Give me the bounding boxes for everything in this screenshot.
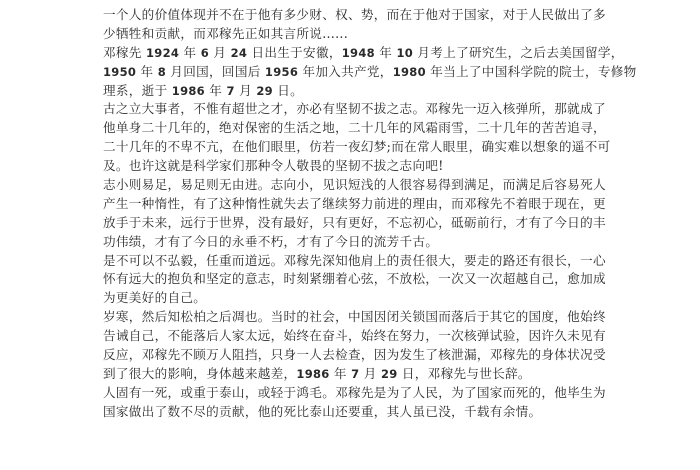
- number-text: 1986: [296, 367, 329, 381]
- paragraph-intro: 一个人的价值体现并不在于他有多少财、权、势，而在于他对于国家，对于人民做出了多 …: [103, 6, 595, 44]
- number-text: 1950: [103, 65, 136, 79]
- number-text: 7: [351, 367, 359, 381]
- text-line: 少牺牲和贡献，而邓稼先正如其言所说......: [103, 25, 595, 44]
- text-line: 到了很大的影响，身体越来越差，1986 年 7 月 29 日，邓稼先与世长辞。: [103, 365, 595, 384]
- text-line: 邓稼先 1924 年 6 月 24 日出生于安徽，1948 年 10 月考上了研…: [103, 44, 595, 63]
- document-page: 一个人的价值体现并不在于他有多少财、权、势，而在于他对于国家，对于人民做出了多 …: [103, 6, 595, 422]
- text-line: 一个人的价值体现并不在于他有多少财、权、势，而在于他对于国家，对于人民做出了多: [103, 6, 595, 25]
- text-line: 岁寒，然后知松柏之后凋也。当时的社会，中国因闭关锁国而落后于其它的国度，他始终: [103, 308, 595, 327]
- paragraph-biography: 邓稼先 1924 年 6 月 24 日出生于安徽，1948 年 10 月考上了研…: [103, 44, 595, 101]
- text-line: 1950 年 8 月回国，回国后 1956 年加入共产党，1980 年当上了中国…: [103, 63, 595, 82]
- text-line: 古之立大事者，不惟有超世之才，亦必有坚韧不拔之志。邓稼先一迈入核弹所，那就成了: [103, 100, 595, 119]
- text-line: 产生一种惰性，有了这种惰性就失去了继续努力前进的理由，而邓稼先不着眼于现在，更: [103, 195, 595, 214]
- number-text: 29: [256, 84, 273, 98]
- text-line: 二十几年的不卑不亢，在他们眼里，仿若一夜幻梦;而在常人眼里，确实难以想象的遥不可: [103, 138, 595, 157]
- number-text: 7: [227, 84, 235, 98]
- text-line: 放手于未来，远行于世界，没有最好，只有更好，不忘初心，砥砺前行，才有了今日的丰: [103, 214, 595, 233]
- text-line: 志小则易足，易足则无由进。志向小，见识短浅的人很容易得到满足，而满足后容易死人: [103, 176, 595, 195]
- number-text: 1980: [393, 65, 426, 79]
- text-line: 反应，邓稼先不顾万人阻挡，只身一人去检查，因为发生了核泄漏，邓稼先的身体状况受: [103, 346, 595, 365]
- paragraph-responsibility: 是不可以不弘毅，任重而道远。邓稼先深知他肩上的责任很大，要走的路还有很长，一心 …: [103, 252, 595, 309]
- text-line: 国家做出了数不尽的贡献，他的死比泰山还要重，其人虽已没，千载有余情。: [103, 403, 595, 422]
- paragraph-perseverance: 古之立大事者，不惟有超世之才，亦必有坚韧不拔之志。邓稼先一迈入核弹所，那就成了 …: [103, 100, 595, 176]
- text-line: 告诫自己，不能落后人家太远，始终在奋斗，始终在努力，一次核弹试验，因许久未见有: [103, 327, 595, 346]
- number-text: 1956: [265, 65, 298, 79]
- number-text: 1924: [146, 46, 179, 60]
- paragraph-ambition: 志小则易足，易足则无由进。志向小，见识短浅的人很容易得到满足，而满足后容易死人 …: [103, 176, 595, 252]
- text-line: 及。也许这就是科学家们那种令人敬畏的坚韧不拔之志向吧!: [103, 157, 595, 176]
- number-text: 24: [231, 46, 248, 60]
- text-line: 怀有远大的抱负和坚定的意志，时刻紧绷着心弦，不放松，一次又一次超越自己，愈加成: [103, 270, 595, 289]
- number-text: 10: [396, 46, 413, 60]
- number-text: 8: [158, 65, 166, 79]
- text-line: 功伟绩，才有了今日的永垂不朽，才有了今日的流芳千古。: [103, 233, 595, 252]
- text-line: 他单身二十几年的，绝对保密的生活之地，二十几年的风霜雨雪，二十几年的苦苦追寻，: [103, 119, 595, 138]
- number-text: 6: [201, 46, 209, 60]
- text-line: 理系，逝于 1986 年 7 月 29 日。: [103, 82, 595, 101]
- text-line: 人固有一死，或重于泰山，或轻于鸿毛。邓稼先是为了人民，为了国家而死的，他毕生为: [103, 384, 595, 403]
- number-text: 29: [381, 367, 398, 381]
- text-line: 是不可以不弘毅，任重而道远。邓稼先深知他肩上的责任很大，要走的路还有很长，一心: [103, 252, 595, 271]
- number-text: 1948: [342, 46, 375, 60]
- number-text: 1986: [172, 84, 205, 98]
- paragraph-sacrifice: 岁寒，然后知松柏之后凋也。当时的社会，中国因闭关锁国而落后于其它的国度，他始终 …: [103, 308, 595, 384]
- text-line: 为更美好的自己。: [103, 289, 595, 308]
- paragraph-conclusion: 人固有一死，或重于泰山，或轻于鸿毛。邓稼先是为了人民，为了国家而死的，他毕生为 …: [103, 384, 595, 422]
